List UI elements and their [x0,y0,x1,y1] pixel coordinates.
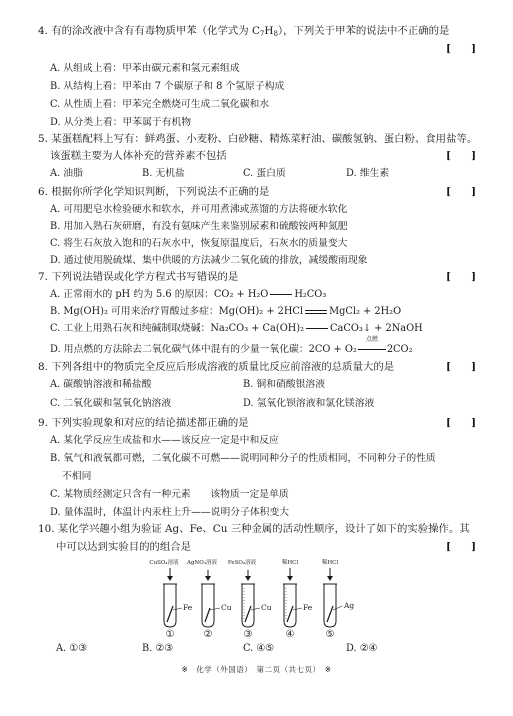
q5-option-a: A. 油脂 [50,167,83,181]
reaction-arrow [270,294,292,295]
q8-option-b: B. 铜和硝酸银溶液 [243,378,325,392]
q7-option-b: B. Mg(OH)₂ 可用来治疗胃酸过多症：Mg(OH)₂ + 2HClMgCl… [50,305,401,319]
q9-option-b-line2: 不相同 [62,470,91,484]
test-tube-icon [310,566,370,630]
bracket-open: [ [446,42,451,56]
q7-option-a: A. 正常雨水的 pH 约为 5.6 的原因：CO₂ + H₂OH₂CO₃ [50,288,326,302]
q4-option-a: A. 从组成上看：甲苯由碳元素和氢元素组成 [50,62,240,76]
question-number: 9. [38,417,48,429]
question-6-stem: 6. 根据你所学化学知识判断，下列说法不正确的是 [38,185,269,199]
bracket-open: [ [446,540,451,554]
q4-option-c: C. 从性质上看：甲苯完全燃烧可生成二氧化碳和水 [50,98,269,112]
tube-number: ① [150,629,190,640]
q10-option-d: D. ②④ [346,642,377,656]
q6-option-b: B. 用加入熟石灰研磨，有没有氨味产生来鉴别尿素和硫酸铵两种氮肥 [50,220,348,234]
equation-left: 2CO + O₂ [309,344,357,355]
option-text: D. 用点燃的方法除去二氧化碳气体中混有的少量一氧化碳： [50,344,309,355]
question-text: 下列说法错误或化学方程式书写错误的是 [51,271,238,283]
reaction-arrow [358,349,386,350]
answer-bracket-q5[interactable]: [ ] [446,149,476,163]
condition-text: 点燃 [357,336,387,343]
equation-right: 2CO₂ [387,344,413,355]
q4-option-d: D. 从分类上看：甲苯属于有机物 [50,116,191,130]
tube-number: ③ [228,629,268,640]
q6-option-c: C. 将生石灰放入饱和的石灰水中，恢复原温度后，石灰水的质量变大 [50,237,347,251]
bracket-close: ] [471,149,476,163]
answer-bracket-q10[interactable]: [ ] [446,540,476,554]
q7-option-c: C. 工业上用熟石灰和纯碱制取烧碱：Na₂CO₃ + Ca(OH)₂CaCO₃↓… [50,322,423,336]
bracket-close: ] [471,42,476,56]
answer-bracket-q9[interactable]: [ ] [446,416,476,430]
q10-option-b: B. ②③ [142,642,173,656]
tube-number: ⑤ [310,629,350,640]
equation-left: Mg(OH)₂ + 2HCl [219,306,303,317]
equation-left: Na₂CO₃ + Ca(OH)₂ [210,323,304,334]
q6-option-d: D. 通过使用脱硫煤、集中供暖的方法减少二氧化硫的排放，减缓酸雨现象 [50,254,367,268]
page-footer: ※ 化学（外国语） 第二页（共七页） ※ [0,664,513,675]
bracket-close: ] [471,360,476,374]
equation-right: H₂CO₃ [294,289,326,300]
q10-option-a: A. ①③ [56,642,87,656]
q5-option-d: D. 维生素 [346,167,389,181]
option-text: B. Mg(OH)₂ 可用来治疗胃酸过多症： [50,306,219,317]
question-number: 5. [38,133,48,145]
question-number: 10. [38,523,55,535]
question-number: 7. [38,271,48,283]
question-text: 下列各组中的物质完全反应后形成溶液的质量比反应前溶液的总质量大的是 [51,361,394,373]
question-4-stem: 4. 有的涂改液中含有有毒物质甲苯（化学式为 C7H8），下列关于甲苯的说法中不… [38,24,449,38]
tube-number: ② [188,629,228,640]
bracket-open: [ [446,149,451,163]
metal-label: Ag [344,602,354,610]
q9-option-b-line1: B. 氧气和液氧都可燃，二氧化碳不可燃——说明同种分子的性质相同，不同种分子的性… [50,452,436,466]
q4-option-b: B. 从结构上看：甲苯由 7 个碳原子和 8 个氢原子构成 [50,80,284,94]
question-text: 有的涂改液中含有有毒物质甲苯（化学式为 C [51,25,260,37]
question-10-stem-line2: 中可以达到实验目的的组合是 [56,540,191,554]
reaction-arrow [306,328,328,329]
option-text: C. 工业上用熟石灰和纯碱制取烧碱： [50,323,210,334]
q5-option-c: C. 蛋白质 [243,167,286,181]
tube-number: ④ [270,629,310,640]
bracket-close: ] [471,416,476,430]
bracket-open: [ [446,360,451,374]
bracket-open: [ [446,416,451,430]
test-tube-5: 稀HCl Ag ⑤ [310,560,370,650]
question-text: 某蛋糕配料上写有：鲜鸡蛋、小麦粉、白砂糖、精炼菜籽油、碳酸氢钠、蛋白粉、食用盐等… [51,133,477,145]
q6-option-a: A. 可用肥皂水检验硬水和软水，并可用煮沸或蒸馏的方法将硬水软化 [50,203,347,217]
equation-right: MgCl₂ + 2H₂O [329,306,401,317]
question-number: 4. [38,25,48,37]
q8-option-d: D. 氢氧化钡溶液和氯化镁溶液 [243,397,374,411]
question-5-stem-line1: 5. 某蛋糕配料上写有：鲜鸡蛋、小麦粉、白砂糖、精炼菜籽油、碳酸氢钠、蛋白粉、食… [38,132,477,146]
bracket-close: ] [471,540,476,554]
option-text: A. 正常雨水的 pH 约为 5.6 的原因： [50,289,214,300]
equals-sign [305,310,327,314]
question-5-stem-line2: 该蛋糕主要为人体补充的营养素不包括 [50,149,227,163]
q8-option-c: C. 二氧化碳和氢氧化钠溶液 [50,397,171,411]
q8-option-a: A. 碳酸钠溶液和稀盐酸 [50,378,151,392]
question-text: 下列实验现象和对应的结论描述都正确的是 [51,417,248,429]
q10-option-c: C. ④⑤ [243,642,274,656]
question-text: 某化学兴趣小组为验证 Ag、Fe、Cu 三种金属的活动性顺序，设计了如下的实验操… [58,523,470,535]
question-8-stem: 8. 下列各组中的物质完全反应后形成溶液的质量比反应前溶液的总质量大的是 [38,360,394,374]
question-9-stem: 9. 下列实验现象和对应的结论描述都正确的是 [38,416,249,430]
bracket-open: [ [446,185,451,199]
bracket-open: [ [446,270,451,284]
q5-option-b: B. 无机盐 [142,167,185,181]
q9-option-a: A. 某化学反应生成盐和水——该反应一定是中和反应 [50,434,279,448]
question-text: 根据你所学化学知识判断，下列说法不正确的是 [51,186,269,198]
q9-option-c: C. 某物质经测定只含有一种元素 该物质一定是单质 [50,488,289,502]
equation-right: CaCO₃↓ + 2NaOH [330,323,423,334]
question-10-stem-line1: 10. 某化学兴趣小组为验证 Ag、Fe、Cu 三种金属的活动性顺序，设计了如下… [38,522,470,536]
answer-bracket-q4[interactable]: [ ] [446,42,476,56]
answer-bracket-q7[interactable]: [ ] [446,270,476,284]
q7-option-d: D. 用点燃的方法除去二氧化碳气体中混有的少量一氧化碳：2CO + O₂点燃2C… [50,343,413,357]
question-number: 8. [38,361,48,373]
q9-option-d: D. 量体温时，体温计内汞柱上升——说明分子体积变大 [50,506,289,520]
exam-page: 4. 有的涂改液中含有有毒物质甲苯（化学式为 C7H8），下列关于甲苯的说法中不… [0,0,513,716]
reaction-condition: 点燃 [357,343,387,357]
question-text: ），下列关于甲苯的说法中不正确的是 [278,25,449,37]
answer-bracket-q6[interactable]: [ ] [446,185,476,199]
bracket-close: ] [471,270,476,284]
question-number: 6. [38,186,48,198]
bracket-close: ] [471,185,476,199]
equation-left: CO₂ + H₂O [214,289,268,300]
question-7-stem: 7. 下列说法错误或化学方程式书写错误的是 [38,270,238,284]
answer-bracket-q8[interactable]: [ ] [446,360,476,374]
